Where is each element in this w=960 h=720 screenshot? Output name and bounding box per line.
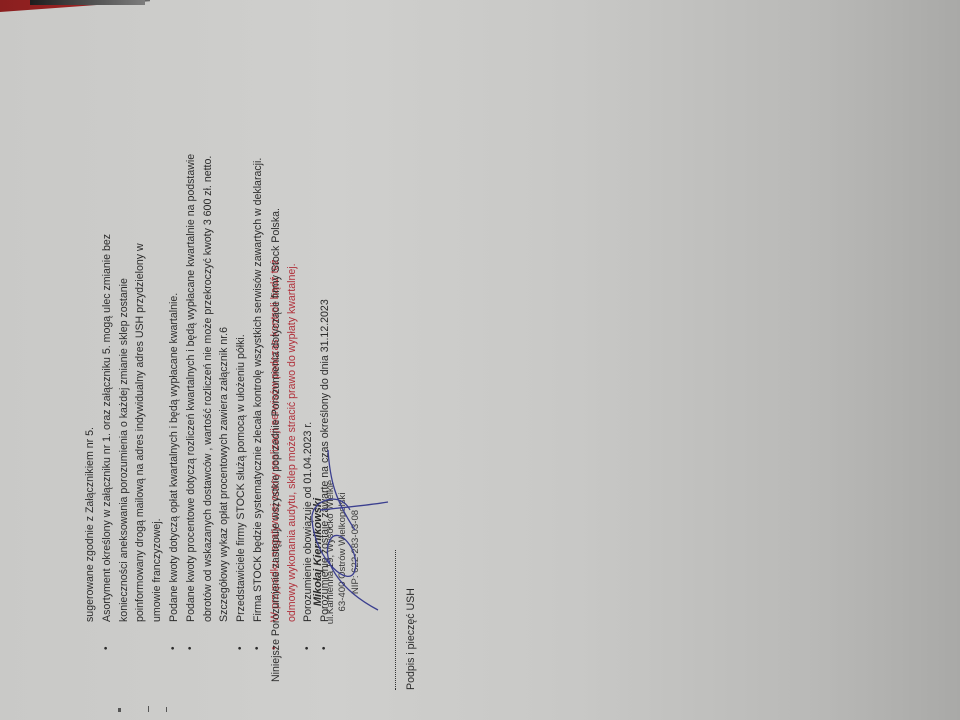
term-line: umowie franczyzowej. <box>149 20 166 622</box>
term-item: •Podane kwoty procentowe dotyczą rozlicz… <box>183 20 233 660</box>
term-item: •Podane kwoty dotyczą opłat kwartalnych … <box>166 20 183 660</box>
term-line: Podane kwoty dotyczą opłat kwartalnych i… <box>166 20 183 622</box>
term-item: •Przedstawiciele firmy STOCK służą pomoc… <box>233 20 250 660</box>
term-line: Asortyment określony w załączniku nr 1. … <box>99 20 116 622</box>
signature-label: Podpis i pieczęć USH <box>405 588 417 690</box>
intro-line: sugerowane zgodnie z Załącznikiem nr 5. <box>82 20 99 660</box>
bullet-icon: • <box>183 646 200 650</box>
term-line: obrotów od wskazanych dostawców , wartoś… <box>200 20 217 622</box>
closing-statement: Niniejsze Porozumienie zastępuje wszystk… <box>270 208 282 682</box>
margin-mark <box>118 708 121 712</box>
margin-mark <box>166 707 167 712</box>
term-item: •Firma STOCK będzie systematycznie zleca… <box>250 20 267 660</box>
margin-mark <box>148 706 149 712</box>
term-item: •Asortyment określony w załączniku nr 1.… <box>99 20 166 660</box>
term-line: poinformowany drogą mailową na adres ind… <box>132 20 149 622</box>
bullet-icon: • <box>166 646 183 650</box>
term-line: Firma STOCK będzie systematycznie zlecał… <box>250 20 267 622</box>
terms-list: •Asortyment określony w załączniku nr 1.… <box>99 20 334 660</box>
term-line: odmowy wykonania audytu, sklep może stra… <box>284 20 301 622</box>
bullet-icon: • <box>250 646 267 650</box>
signature-line <box>395 550 396 690</box>
term-line: Podane kwoty procentowe dotyczą rozlicze… <box>183 20 200 622</box>
document-body: sugerowane zgodnie z Załącznikiem nr 5. … <box>82 20 334 660</box>
term-line: konieczności aneksowania porozumienia o … <box>116 20 133 622</box>
bullet-icon: • <box>233 646 250 650</box>
handwritten-signature <box>300 410 390 650</box>
term-line: Szczegółowy wykaz opłat procentowych zaw… <box>216 20 233 622</box>
bullet-icon: • <box>99 646 116 650</box>
document-page: sugerowane zgodnie z Załącznikiem nr 5. … <box>0 0 960 720</box>
term-line: Przedstawiciele firmy STOCK służą pomocą… <box>233 20 250 622</box>
